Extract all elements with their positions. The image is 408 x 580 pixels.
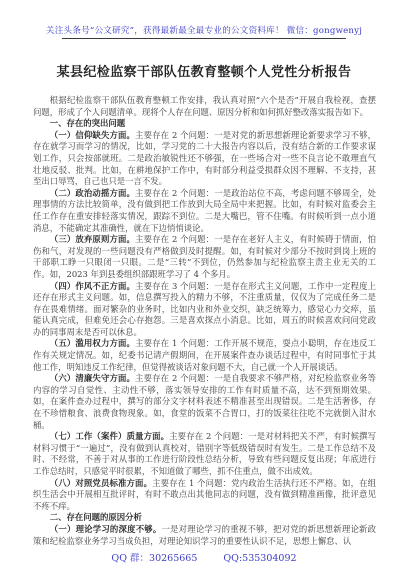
paragraph: （五）滥用权力方面。主要存在 1 个问题：工作开展不规范，耍点小聪明，存在违反工… (33, 338, 376, 373)
paragraph: （一）理论学习的深度不够。一是对理论学习的重视不够，把对党的新思想新理论新政策和… (33, 524, 376, 547)
paragraph: （七）工作（案件）质量方面。主要存在 2 个问题：一是对材料把关不严，有时候撰写… (33, 431, 376, 477)
paragraph: （一）信仰缺失方面。主要存在 2 个问题：一是对党的新思想新理论新要求学习不够，… (33, 130, 376, 188)
page-footer: QQ 群：30265665QQ:535304092 (0, 550, 408, 564)
section-heading: 二、存在问题的原因分析 (33, 512, 376, 524)
paragraph-lead: （一）理论学习的深度不够。 (50, 524, 162, 534)
header-divider (62, 38, 346, 39)
document-page: 关注头条号“公文研究”，获得最新最全最专业的公文资料库！ 微信：gongweny… (0, 0, 408, 580)
paragraph: （四）作风不正方面。主要存在 3 个问题：一是存在形式主义问题，工作中一定程度上… (33, 281, 376, 339)
qq-group-number: 30265665 (149, 553, 197, 564)
paragraph: 根据纪检监察干部队伍教育整顿工作安排，我认真对照“六个是否”开展自我检视，查摆问… (33, 95, 376, 118)
paragraph-lead: （六）清廉失守方面。 (50, 373, 135, 383)
document-title: 某县纪检监察干部队伍教育整顿个人党性分析报告 (0, 61, 408, 80)
qq-number: 535304092 (242, 553, 296, 564)
document-body: 根据纪检监察干部队伍教育整顿工作安排，我认真对照“六个是否”开展自我检视，查摆问… (33, 95, 376, 547)
paragraph-lead: （三）放弃原则方面。 (50, 234, 135, 244)
paragraph: （二）政治动摇方面。主要存在 2 个问题：一是政治站位不高，考虑问题不够周全，处… (33, 188, 376, 234)
page-header: 关注头条号“公文研究”，获得最新最全最专业的公文资料库！ 微信：gongweny… (0, 24, 408, 39)
section-heading: 一、存在的突出问题 (33, 118, 376, 130)
paragraph-lead: （二）政治动摇方面。 (50, 188, 135, 198)
qq-label: QQ: (223, 553, 242, 564)
paragraph: （六）清廉失守方面。主要存在 2 个问题：一是自我要求不够严格，对纪检监察业务等… (33, 373, 376, 431)
paragraph-lead: （七）工作（案件）质量方面。 (50, 431, 169, 441)
header-promo-text: 关注头条号“公文研究”，获得最新最全最专业的公文资料库！ 微信：gongweny… (0, 24, 408, 36)
paragraph-lead: （一）信仰缺失方面。 (50, 130, 135, 140)
paragraph-lead: （四）作风不正方面。 (50, 281, 135, 291)
paragraph-lead: （八）对照党员标准方面。 (50, 478, 152, 488)
paragraph-lead: （五）滥用权力方面。 (50, 338, 135, 348)
qq-group-label: QQ 群： (111, 553, 149, 564)
paragraph: （三）放弃原则方面。主要存在 2 个问题：一是存在老好人主义，有时候碍于情面，怕… (33, 234, 376, 280)
paragraph: （八）对照党员标准方面。主要存在 1 个问题：党内政治生活执行还不严格。如，在组… (33, 478, 376, 513)
